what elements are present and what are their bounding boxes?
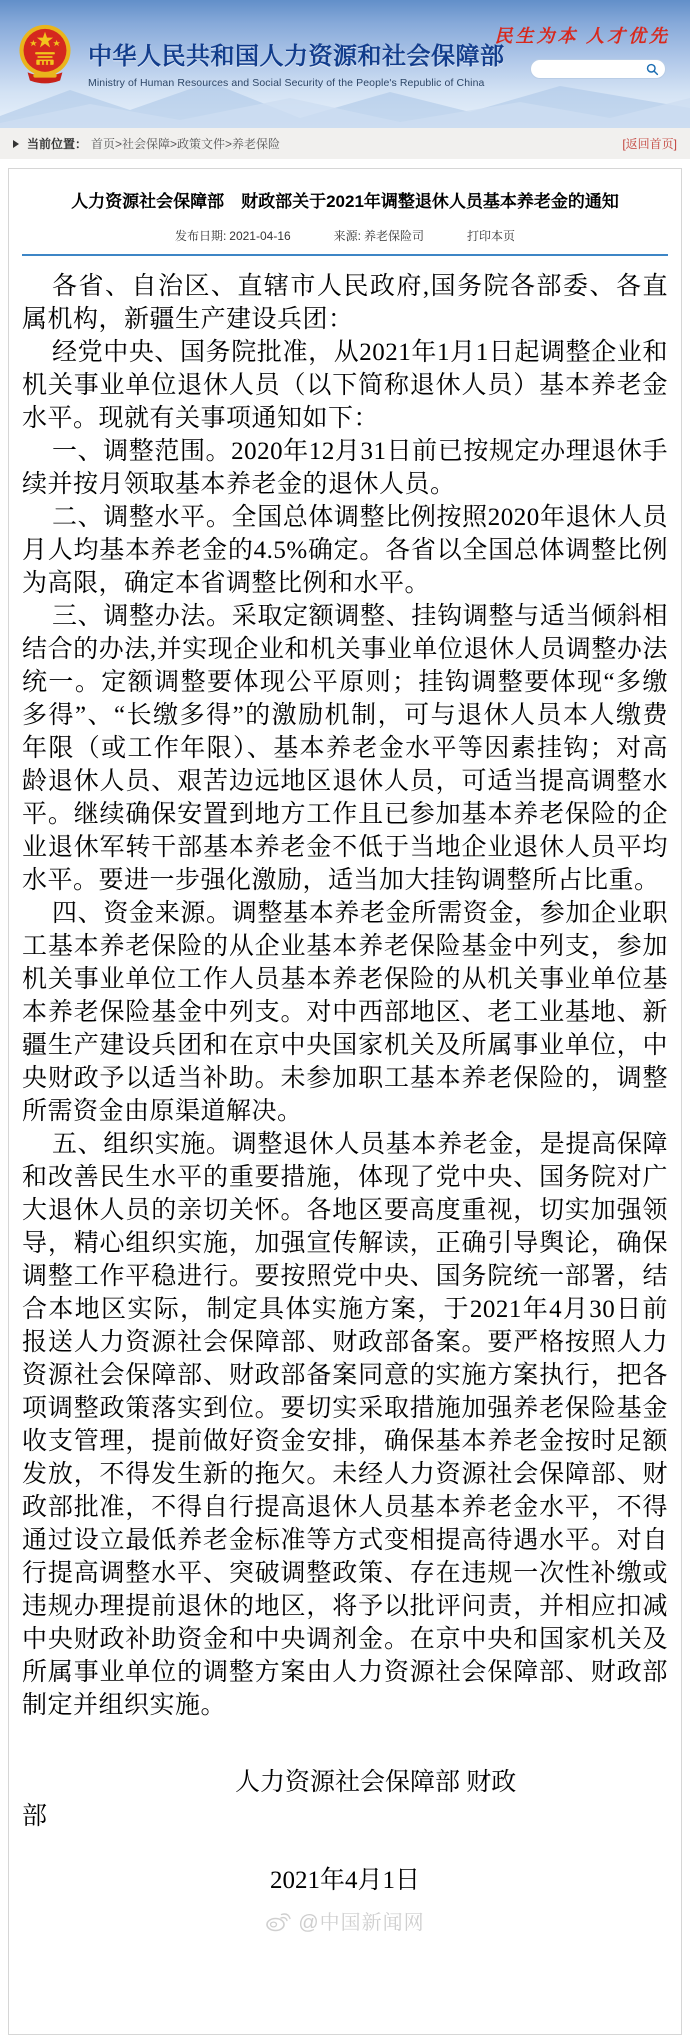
slogan-calligraphy: 民生为本 人才优先 [495,22,671,48]
publish-date-label: 发布日期: [175,229,226,243]
page: 中华人民共和国人力资源和社会保障部 Ministry of Human Reso… [0,0,690,2035]
search-box [530,59,666,79]
publish-date-value: 2021-04-16 [229,229,290,243]
paragraph: 五、组织实施。调整退休人员基本养老金，是提高保障和改善民生水平的重要措施，体现了… [22,1128,668,1722]
paragraph: 各省、自治区、直辖市人民政府,国务院各部委、各直属机构，新疆生产建设兵团： [22,270,668,336]
return-home-link[interactable]: [返回首页] [622,135,677,152]
paragraph: 三、调整办法。采取定额调整、挂钩调整与适当倾斜相结合的办法,并实现企业和机关事业… [22,600,668,897]
site-header: 中华人民共和国人力资源和社会保障部 Ministry of Human Reso… [0,0,690,128]
search-input[interactable] [537,63,645,75]
divider-rule [22,254,668,256]
signature: 人力资源社会保障部 财政部 [22,1766,534,1834]
article-body: 各省、自治区、直辖市人民政府,国务院各部委、各直属机构，新疆生产建设兵团： 经党… [22,270,668,1722]
paragraph: 二、调整水平。全国总体调整比例按照2020年退休人员月人均基本养老金的4.5%确… [22,501,668,600]
breadcrumb: 当前位置： 首页>社会保障>政策文件>养老保险 [返回首页] [0,128,690,159]
breadcrumb-label: 当前位置： [27,135,87,152]
publish-date: 发布日期:2021-04-16 [175,227,294,244]
source: 来源:养老保险司 [334,227,427,244]
search-icon [646,63,659,76]
breadcrumb-path[interactable]: 首页>社会保障>政策文件>养老保险 [91,135,280,152]
signature-date: 2021年4月1日 [22,1860,668,1896]
site-title-cn: 中华人民共和国人力资源和社会保障部 [88,36,505,71]
site-title-en: Ministry of Human Resources and Social S… [88,77,505,89]
paragraph: 经党中央、国务院批准，从2021年1月1日起调整企业和机关事业单位退休人员（以下… [22,336,668,435]
paragraph: 四、资金来源。调整基本养老金所需资金，参加企业职工基本养老保险的从企业基本养老保… [22,897,668,1128]
source-label: 来源: [334,229,361,243]
article-title: 人力资源社会保障部 财政部关于2021年调整退休人员基本养老金的通知 [22,187,668,212]
print-button[interactable]: 打印本页 [467,227,515,244]
watermark: @中国新闻网 [22,1906,668,1935]
article-meta: 发布日期:2021-04-16 来源:养老保险司 打印本页 [22,227,668,244]
weibo-icon [265,1909,291,1933]
source-value: 养老保险司 [364,229,424,243]
article-panel: 人力资源社会保障部 财政部关于2021年调整退休人员基本养老金的通知 发布日期:… [8,168,682,2035]
paragraph: 一、调整范围。2020年12月31日前已按规定办理退休手续并按月领取基本养老金的… [22,435,668,501]
search-button[interactable] [645,62,659,76]
national-emblem [16,20,74,90]
watermark-text: @中国新闻网 [298,1906,424,1935]
breadcrumb-arrow-icon [13,140,19,148]
